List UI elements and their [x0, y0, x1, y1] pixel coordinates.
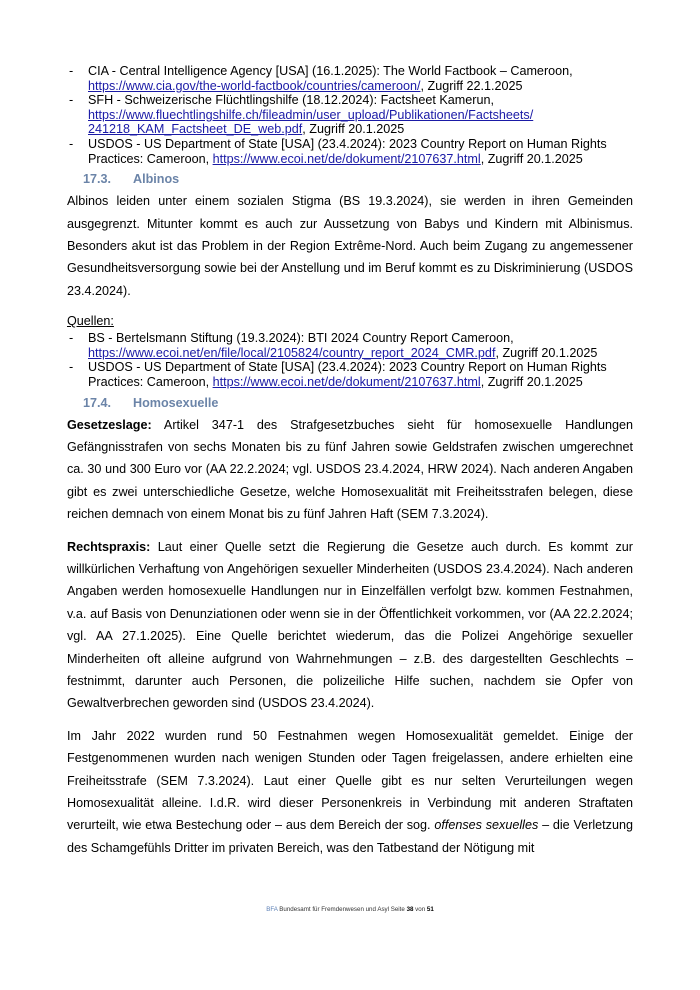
section-number: 17.3.: [83, 169, 133, 189]
source-list-top: - CIA - Central Intelligence Agency [USA…: [67, 64, 633, 166]
source-text: BS - Bertelsmann Stiftung (19.3.2024): B…: [88, 331, 514, 345]
rechtspraxis-paragraph: Rechtspraxis: Laut einer Quelle setzt di…: [67, 536, 633, 715]
source-access: , Zugriff 20.1.2025: [302, 122, 404, 136]
section-title: Homosexuelle: [133, 396, 218, 410]
list-dash: -: [69, 137, 73, 152]
source-item: - USDOS - US Department of State [USA] (…: [67, 137, 633, 166]
section-heading-homosexuelle: 17.4.Homosexuelle: [67, 393, 633, 413]
source-item: - SFH - Schweizerische Flüchtlingshilfe …: [67, 93, 633, 137]
footer-page-total: 51: [427, 906, 434, 913]
source-link[interactable]: https://www.cia.gov/the-world-factbook/c…: [88, 79, 421, 93]
source-link[interactable]: https://www.ecoi.net/en/file/local/21058…: [88, 346, 495, 360]
sources-label: Quellen:: [67, 312, 633, 330]
bfa-logo-text: BFA: [266, 906, 277, 913]
paragraph-text: Im Jahr 2022 wurden rund 50 Festnahmen w…: [67, 729, 633, 833]
source-link[interactable]: https://www.ecoi.net/de/dokument/2107637…: [213, 152, 481, 166]
source-item: - BS - Bertelsmann Stiftung (19.3.2024):…: [67, 331, 633, 360]
source-access: , Zugriff 20.1.2025: [495, 346, 597, 360]
section-heading-albinos: 17.3.Albinos: [67, 169, 633, 189]
source-access: , Zugriff 20.1.2025: [481, 375, 583, 389]
gesetzeslage-paragraph: Gesetzeslage: Artikel 347-1 des Strafges…: [67, 414, 633, 526]
section-number: 17.4.: [83, 393, 133, 413]
albinos-paragraph: Albinos leiden unter einem sozialen Stig…: [67, 190, 633, 302]
paragraph-italic-term: offenses sexuelles: [434, 818, 538, 832]
source-item: - USDOS - US Department of State [USA] (…: [67, 360, 633, 389]
paragraph-label: Gesetzeslage:: [67, 418, 152, 432]
source-item: - CIA - Central Intelligence Agency [USA…: [67, 64, 633, 93]
paragraph-label: Rechtspraxis:: [67, 540, 150, 554]
footer-of: von: [413, 906, 426, 913]
festnahmen-paragraph: Im Jahr 2022 wurden rund 50 Festnahmen w…: [67, 725, 633, 859]
footer-org: Bundesamt für Fremdenwesen und Asyl Seit…: [278, 906, 407, 913]
list-dash: -: [69, 331, 73, 346]
page-footer: BFA Bundesamt für Fremdenwesen und Asyl …: [0, 906, 700, 913]
source-text: SFH - Schweizerische Flüchtlingshilfe (1…: [88, 93, 494, 107]
section-title: Albinos: [133, 172, 179, 186]
list-dash: -: [69, 360, 73, 375]
list-dash: -: [69, 93, 73, 108]
paragraph-text: Artikel 347-1 des Strafgesetzbuches sieh…: [67, 418, 633, 522]
source-text: CIA - Central Intelligence Agency [USA] …: [88, 64, 573, 78]
source-access: , Zugriff 20.1.2025: [481, 152, 583, 166]
source-link-part: 241218_KAM_Factsheet_DE_web.pdf: [88, 122, 302, 136]
source-list-albinos: - BS - Bertelsmann Stiftung (19.3.2024):…: [67, 331, 633, 389]
source-access: , Zugriff 22.1.2025: [421, 79, 523, 93]
source-link-part: https://www.fluechtlingshilfe.ch/fileadm…: [88, 108, 533, 122]
source-link[interactable]: https://www.ecoi.net/de/dokument/2107637…: [213, 375, 481, 389]
document-page: - CIA - Central Intelligence Agency [USA…: [67, 64, 633, 859]
paragraph-text: Laut einer Quelle setzt die Regierung di…: [67, 540, 633, 711]
list-dash: -: [69, 64, 73, 79]
